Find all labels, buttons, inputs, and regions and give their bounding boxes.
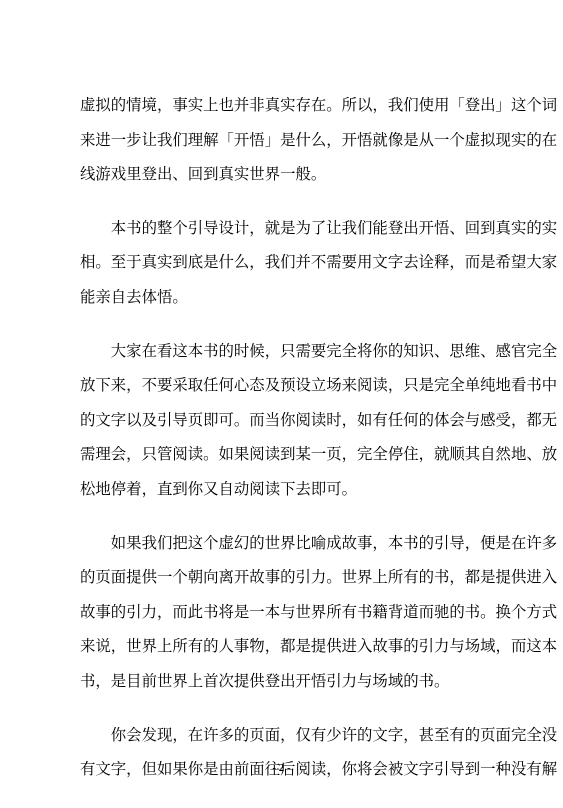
- text-line: 故事的引力，而此书将是一本与世界所有书籍背道而驰的书。换个方式: [80, 595, 504, 630]
- text-line: 松地停着，直到你又自动阅读下去即可。: [80, 472, 504, 507]
- paragraph-5: 你会发现，在许多的页面，仅有少许的文字，甚至有的页面完全没 有文字，但如果你是由…: [80, 718, 504, 787]
- text-line: 的页面提供一个朝向离开故事的引力。世界上所有的书，都是提供进入: [80, 560, 504, 595]
- document-page: 虚拟的情境，事实上也并非真实存在。所以，我们使用「登出」这个词 来进一步让我们理…: [80, 88, 504, 806]
- paragraph-2: 本书的整个引导设计，就是为了让我们能登出开悟、回到真实的实 相。至于真实到底是什…: [80, 211, 504, 315]
- text-line: 如果我们把这个虚幻的世界比喻成故事，本书的引导，便是在许多: [80, 526, 504, 561]
- paragraph-4: 如果我们把这个虚幻的世界比喻成故事，本书的引导，便是在许多 的页面提供一个朝向离…: [80, 526, 504, 699]
- text-line: 本书的整个引导设计，就是为了让我们能登出开悟、回到真实的实: [80, 211, 504, 246]
- text-line: 的文字以及引导页即可。而当你阅读时，如有任何的体会与感受，都无: [80, 403, 504, 438]
- page-number: - 2 -: [0, 762, 563, 774]
- text-line: 相。至于真实到底是什么，我们并不需要用文字去诠释，而是希望大家: [80, 245, 504, 280]
- text-line: 来说，世界上所有的人事物，都是提供进入故事的引力与场域，而这本: [80, 629, 504, 664]
- text-line: 虚拟的情境，事实上也并非真实存在。所以，我们使用「登出」这个词: [80, 88, 504, 123]
- text-line: 大家在看这本书的时候，只需要完全将你的知识、思维、感官完全: [80, 334, 504, 369]
- text-line: 来进一步让我们理解「开悟」是什么，开悟就像是从一个虚拟现实的在: [80, 123, 504, 158]
- text-line: 放下来，不要采取任何心态及预设立场来阅读，只是完全单纯地看书中: [80, 368, 504, 403]
- paragraph-3: 大家在看这本书的时候，只需要完全将你的知识、思维、感官完全 放下来，不要采取任何…: [80, 334, 504, 507]
- text-line: 能亲自去体悟。: [80, 280, 504, 315]
- text-line: 你会发现，在许多的页面，仅有少许的文字，甚至有的页面完全没: [80, 718, 504, 753]
- paragraph-1: 虚拟的情境，事实上也并非真实存在。所以，我们使用「登出」这个词 来进一步让我们理…: [80, 88, 504, 192]
- text-line: 线游戏里登出、回到真实世界一般。: [80, 157, 504, 192]
- text-line: 书，是目前世界上首次提供登出开悟引力与场域的书。: [80, 664, 504, 699]
- text-line: 需理会，只管阅读。如果阅读到某一页，完全停住，就顺其自然地、放: [80, 437, 504, 472]
